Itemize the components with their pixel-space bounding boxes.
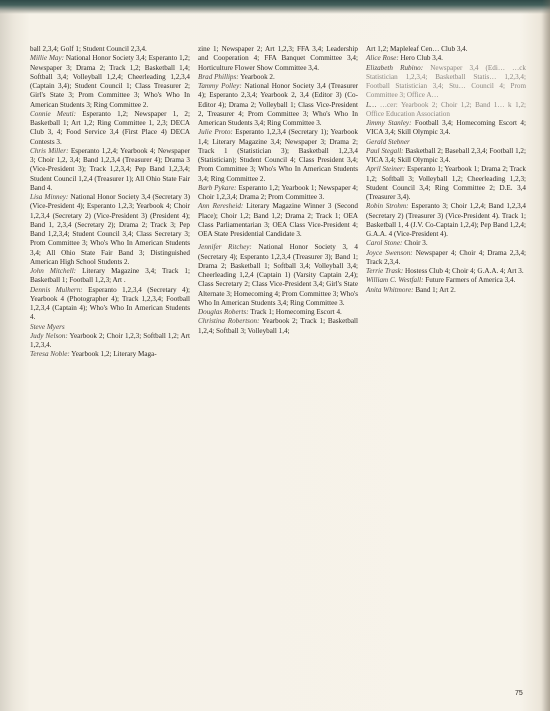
student-name: Judy Nelson: bbox=[30, 332, 68, 340]
student-name: Elizabeth Rubino: bbox=[366, 64, 423, 72]
student-name: April Steiner: bbox=[366, 165, 405, 173]
student-entry: Jennifer Ritchey: National Honor Society… bbox=[198, 243, 358, 308]
student-entry: L… …cer: Yearbook 2; Choir 1,2; Band 1… … bbox=[366, 101, 526, 120]
student-name: Robin Strohm: bbox=[366, 202, 409, 210]
student-activities: ball 2,3,4; Golf 1; Student Council 2,3,… bbox=[30, 45, 147, 53]
student-entry: Connie Meuti: Esperanto 1,2; Newspaper 1… bbox=[30, 110, 190, 147]
student-entry: Douglas Roberts: Track 1; Homecoming Esc… bbox=[198, 308, 358, 317]
student-name: Julie Proto: bbox=[198, 128, 233, 136]
student-name: Anita Whitmore: bbox=[366, 286, 414, 294]
student-name: Brad Phillips: bbox=[198, 73, 239, 81]
student-activities: Hostess Club 4; Choir 4; G.A.A. 4; Art 3… bbox=[405, 267, 524, 275]
student-name: Lisa Minney: bbox=[30, 193, 68, 201]
student-entry: Paul Stegall: Basketball 2; Baseball 2,3… bbox=[366, 147, 526, 166]
student-entry: Steve Myers bbox=[30, 323, 190, 332]
student-name: Millie May: bbox=[30, 54, 64, 62]
page-number: 75 bbox=[515, 690, 523, 697]
student-name: Ann Reresheid: bbox=[198, 202, 243, 210]
student-entry: Teresa Noble: Yearbook 1,2; Literary Mag… bbox=[30, 350, 190, 359]
student-entry: Alice Rose: Hero Club 3,4. bbox=[366, 54, 526, 63]
column-2: zine 1; Newspaper 2; Art 1,2,3; FFA 3,4;… bbox=[198, 45, 358, 336]
column-1: ball 2,3,4; Golf 1; Student Council 2,3,… bbox=[30, 45, 190, 360]
student-name: Douglas Roberts: bbox=[198, 308, 249, 316]
student-entry: Joyce Swenson: Newspaper 4; Choir 4; Dra… bbox=[366, 249, 526, 268]
student-name: Barb Pykare: bbox=[198, 184, 237, 192]
student-name: Jennifer Ritchey: bbox=[198, 243, 252, 251]
student-activities: Future Farmers of America 3,4. bbox=[425, 276, 515, 284]
student-name: L… bbox=[366, 101, 376, 109]
student-name: William C. Westfall: bbox=[366, 276, 423, 284]
student-entry: April Steiner: Esperanto 1; Yearbook 1; … bbox=[366, 165, 526, 202]
student-entry: Barb Pykare: Esperanto 1,2; Yearbook 1; … bbox=[198, 184, 358, 203]
student-entry: William C. Westfall: Future Farmers of A… bbox=[366, 276, 526, 285]
student-activities: Choir 3. bbox=[404, 239, 427, 247]
student-name: Tammy Polley: bbox=[198, 82, 242, 90]
student-entry: Millie May: National Honor Society 3,4; … bbox=[30, 54, 190, 110]
student-entry: Lisa Minney: National Honor Society 3,4 … bbox=[30, 193, 190, 267]
student-activities: Track 1; Homecoming Escort 4. bbox=[250, 308, 342, 316]
student-name: Dennis Mulhern: bbox=[30, 286, 83, 294]
student-name: Carol Stone: bbox=[366, 239, 402, 247]
student-entry: Robin Strohm: Esperanto 3; Choir 1,2,4; … bbox=[366, 202, 526, 239]
student-activities: Band 1; Art 2. bbox=[415, 286, 455, 294]
student-activities: Art 1,2; Mapleleaf Cen… Club 3,4. bbox=[366, 45, 468, 53]
student-activities: Yearbook 1,2; Literary Maga- bbox=[71, 350, 156, 358]
student-name: Teresa Noble: bbox=[30, 350, 70, 358]
column-3: Art 1,2; Mapleleaf Cen… Club 3,4.Alice R… bbox=[366, 45, 526, 295]
student-activities: …cer: Yearbook 2; Choir 1,2; Band 1… k 1… bbox=[366, 101, 526, 118]
student-name: Gerald Stebner bbox=[366, 138, 410, 146]
student-entry: Anita Whitmore: Band 1; Art 2. bbox=[366, 286, 526, 295]
student-name: Terrie Trask: bbox=[366, 267, 403, 275]
student-entry: John Mitchell: Literary Magazine 3,4; Tr… bbox=[30, 267, 190, 286]
student-name: Chris Miller: bbox=[30, 147, 68, 155]
student-name: John Mitchell: bbox=[30, 267, 76, 275]
student-entry: Carol Stone: Choir 3. bbox=[366, 239, 526, 248]
student-name: Jimmy Stanley: bbox=[366, 119, 411, 127]
student-entry: Terrie Trask: Hostess Club 4; Choir 4; G… bbox=[366, 267, 526, 276]
student-activities: National Honor Society 3,4; Esperanto 1,… bbox=[30, 54, 190, 108]
student-entry: Art 1,2; Mapleleaf Cen… Club 3,4. bbox=[366, 45, 526, 54]
student-entry: Judy Nelson: Yearbook 2; Choir 1,2,3; So… bbox=[30, 332, 190, 351]
student-activities: National Honor Society 3, 4 (Secretary 4… bbox=[198, 243, 358, 307]
student-entry: Chris Miller: Esperanto 1,2,4; Yearbook … bbox=[30, 147, 190, 193]
student-name: Alice Rose: bbox=[366, 54, 399, 62]
student-name: Joyce Swenson: bbox=[366, 249, 413, 257]
student-entry: Christina Robertson: Yearbook 2; Track 1… bbox=[198, 317, 358, 336]
student-entry: Dennis Mulhern: Esperanto 1,2,3,4 (Secre… bbox=[30, 286, 190, 323]
student-activities: Esperanto 1,2,3,4 (Secretary 1); Yearboo… bbox=[198, 128, 358, 182]
student-entry: Brad Phillips: Yearbook 2. bbox=[198, 73, 358, 82]
student-entry: Tammy Polley: National Honor Society 3,4… bbox=[198, 82, 358, 128]
student-activities: Hero Club 3,4. bbox=[401, 54, 443, 62]
student-entry: Ann Reresheid: Literary Magazine Winner … bbox=[198, 202, 358, 239]
student-name: Christina Robertson: bbox=[198, 317, 259, 325]
page-crease-shadow bbox=[542, 0, 550, 711]
student-name: Steve Myers bbox=[30, 323, 65, 331]
student-activities: National Honor Society 3,4 (Secretary 3)… bbox=[30, 193, 190, 266]
student-name: Paul Stegall: bbox=[366, 147, 404, 155]
page-top-edge bbox=[0, 0, 550, 14]
student-entry: Gerald Stebner bbox=[366, 138, 526, 147]
student-entry: Julie Proto: Esperanto 1,2,3,4 (Secretar… bbox=[198, 128, 358, 184]
student-activities: zine 1; Newspaper 2; Art 1,2,3; FFA 3,4;… bbox=[198, 45, 358, 72]
student-entry: ball 2,3,4; Golf 1; Student Council 2,3,… bbox=[30, 45, 190, 54]
student-entry: zine 1; Newspaper 2; Art 1,2,3; FFA 3,4;… bbox=[198, 45, 358, 73]
student-activities: Yearbook 2. bbox=[240, 73, 275, 81]
student-entry: Jimmy Stanley: Football 3,4; Homecoming … bbox=[366, 119, 526, 138]
student-name: Connie Meuti: bbox=[30, 110, 76, 118]
yearbook-page: ball 2,3,4; Golf 1; Student Council 2,3,… bbox=[0, 0, 550, 711]
student-entry: Elizabeth Rubino: Newspaper 3,4 (Edi… …c… bbox=[366, 64, 526, 101]
